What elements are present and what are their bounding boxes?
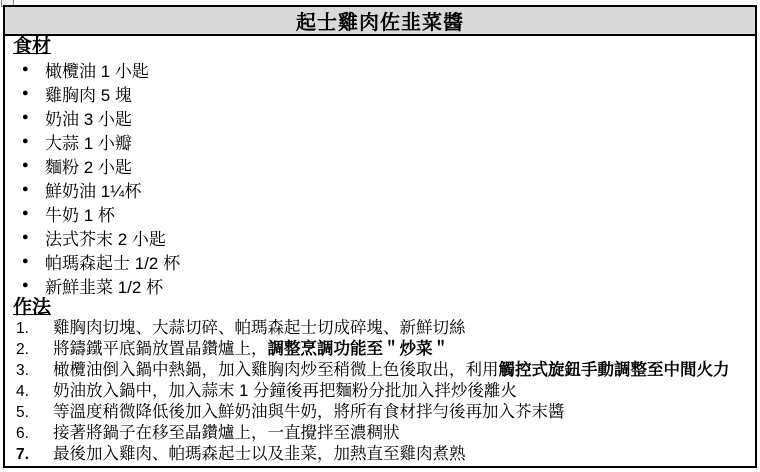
recipe-title-bar: 起士雞肉佐韭菜醬	[5, 7, 755, 36]
ingredient-item: ●鮮奶油 1¼杯	[11, 177, 749, 201]
step-item: 6.接著將鍋子在移至晶鑽爐上，一直攪拌至濃稠狀	[11, 423, 749, 444]
ingredient-item: ●牛奶 1 杯	[11, 201, 749, 225]
ingredient-text: 帕瑪森起士 1/2 杯	[45, 249, 180, 274]
ingredient-item: ●帕瑪森起士 1/2 杯	[11, 249, 749, 273]
step-text-segment: 雞胸肉切塊、大蒜切碎、帕瑪森起士切成碎塊、新鮮切絲	[53, 319, 466, 337]
bullet-icon: ●	[11, 105, 45, 129]
step-text-segment: 將鑄鐵平底鍋放置晶鑽爐上，	[53, 340, 268, 358]
bullet-icon: ●	[11, 81, 45, 105]
ingredient-item: ●法式芥末 2 小匙	[11, 225, 749, 249]
bullet-icon: ●	[11, 225, 45, 249]
step-item: 4.奶油放入鍋中，加入蒜末 1 分鐘後再把麵粉分批加入拌炒後離火	[11, 381, 749, 402]
ingredients-heading: 食材	[11, 36, 749, 57]
ingredient-item: ●麵粉 2 小匙	[11, 153, 749, 177]
bullet-icon: ●	[11, 273, 45, 297]
ingredient-text: 牛奶 1 杯	[45, 201, 115, 226]
bullet-icon: ●	[11, 177, 45, 201]
ingredient-text: 法式芥末 2 小匙	[45, 225, 166, 250]
step-number: 5.	[11, 402, 53, 423]
step-number: 2.	[11, 339, 53, 360]
ingredient-item: ●雞胸肉 5 塊	[11, 81, 749, 105]
ingredient-item: ●橄欖油 1 小匙	[11, 57, 749, 81]
ingredient-text: 新鮮韭菜 1/2 杯	[45, 273, 163, 298]
ingredient-item: ●新鮮韭菜 1/2 杯	[11, 273, 749, 297]
ingredient-text: 大蒜 1 小瓣	[45, 129, 132, 154]
step-number: 4.	[11, 381, 53, 402]
step-item: 7.最後加入雞肉、帕瑪森起士以及韭菜，加熱直至雞肉煮熟	[11, 444, 749, 465]
steps-list: 1.雞胸肉切塊、大蒜切碎、帕瑪森起士切成碎塊、新鮮切絲2.將鑄鐵平底鍋放置晶鑽爐…	[11, 318, 749, 465]
step-text: 雞胸肉切塊、大蒜切碎、帕瑪森起士切成碎塊、新鮮切絲	[53, 318, 466, 339]
bullet-icon: ●	[11, 129, 45, 153]
step-number: 6.	[11, 423, 53, 444]
step-text: 接著將鍋子在移至晶鑽爐上，一直攪拌至濃稠狀	[53, 423, 400, 444]
recipe-table: 起士雞肉佐韭菜醬 食材 ●橄欖油 1 小匙●雞胸肉 5 塊●奶油 3 小匙●大蒜…	[3, 5, 757, 468]
ingredients-list: ●橄欖油 1 小匙●雞胸肉 5 塊●奶油 3 小匙●大蒜 1 小瓣●麵粉 2 小…	[11, 57, 749, 297]
step-text-bold-segment: 觸控式旋鈕手動調整至中間火力	[499, 361, 730, 379]
step-item: 5.等溫度稍微降低後加入鮮奶油與牛奶，將所有食材拌勻後再加入芥末醬	[11, 402, 749, 423]
steps-heading: 作法	[11, 297, 749, 318]
step-text-segment: 等溫度稍微降低後加入鮮奶油與牛奶，將所有食材拌勻後再加入芥末醬	[53, 403, 565, 421]
step-text-segment: 接著將鍋子在移至晶鑽爐上，一直攪拌至濃稠狀	[53, 424, 400, 442]
step-item: 2.將鑄鐵平底鍋放置晶鑽爐上，調整烹調功能至＂炒菜＂	[11, 339, 749, 360]
step-number: 3.	[11, 360, 53, 381]
step-text: 橄欖油倒入鍋中熱鍋，加入雞胸肉炒至稍微上色後取出，利用觸控式旋鈕手動調整至中間火…	[53, 360, 730, 381]
bullet-icon: ●	[11, 201, 45, 225]
ingredient-text: 鮮奶油 1¼杯	[45, 177, 141, 202]
ingredient-text: 奶油 3 小匙	[45, 105, 132, 130]
recipe-title: 起士雞肉佐韭菜醬	[296, 6, 464, 35]
step-text-bold-segment: 調整烹調功能至＂炒菜＂	[268, 340, 450, 358]
ingredient-text: 雞胸肉 5 塊	[45, 81, 132, 106]
ingredient-text: 麵粉 2 小匙	[45, 153, 132, 178]
step-text: 最後加入雞肉、帕瑪森起士以及韭菜，加熱直至雞肉煮熟	[53, 444, 466, 465]
ingredient-text: 橄欖油 1 小匙	[45, 57, 149, 82]
step-text: 將鑄鐵平底鍋放置晶鑽爐上，調整烹調功能至＂炒菜＂	[53, 339, 449, 360]
step-number: 7.	[11, 444, 53, 465]
step-item: 1.雞胸肉切塊、大蒜切碎、帕瑪森起士切成碎塊、新鮮切絲	[11, 318, 749, 339]
ingredient-item: ●奶油 3 小匙	[11, 105, 749, 129]
recipe-content: 食材 ●橄欖油 1 小匙●雞胸肉 5 塊●奶油 3 小匙●大蒜 1 小瓣●麵粉 …	[5, 36, 755, 465]
bullet-icon: ●	[11, 249, 45, 273]
step-item: 3.橄欖油倒入鍋中熱鍋，加入雞胸肉炒至稍微上色後取出，利用觸控式旋鈕手動調整至中…	[11, 360, 749, 381]
step-text: 奶油放入鍋中，加入蒜末 1 分鐘後再把麵粉分批加入拌炒後離火	[53, 381, 517, 402]
step-text-segment: 橄欖油倒入鍋中熱鍋，加入雞胸肉炒至稍微上色後取出，利用	[53, 361, 499, 379]
step-number: 1.	[11, 318, 53, 339]
step-text-segment: 最後加入雞肉、帕瑪森起士以及韭菜，加熱直至雞肉煮熟	[53, 445, 466, 463]
step-text: 等溫度稍微降低後加入鮮奶油與牛奶，將所有食材拌勻後再加入芥末醬	[53, 402, 565, 423]
step-text-segment: 奶油放入鍋中，加入蒜末 1 分鐘後再把麵粉分批加入拌炒後離火	[53, 382, 517, 400]
bullet-icon: ●	[11, 57, 45, 81]
bullet-icon: ●	[11, 153, 45, 177]
ingredient-item: ●大蒜 1 小瓣	[11, 129, 749, 153]
